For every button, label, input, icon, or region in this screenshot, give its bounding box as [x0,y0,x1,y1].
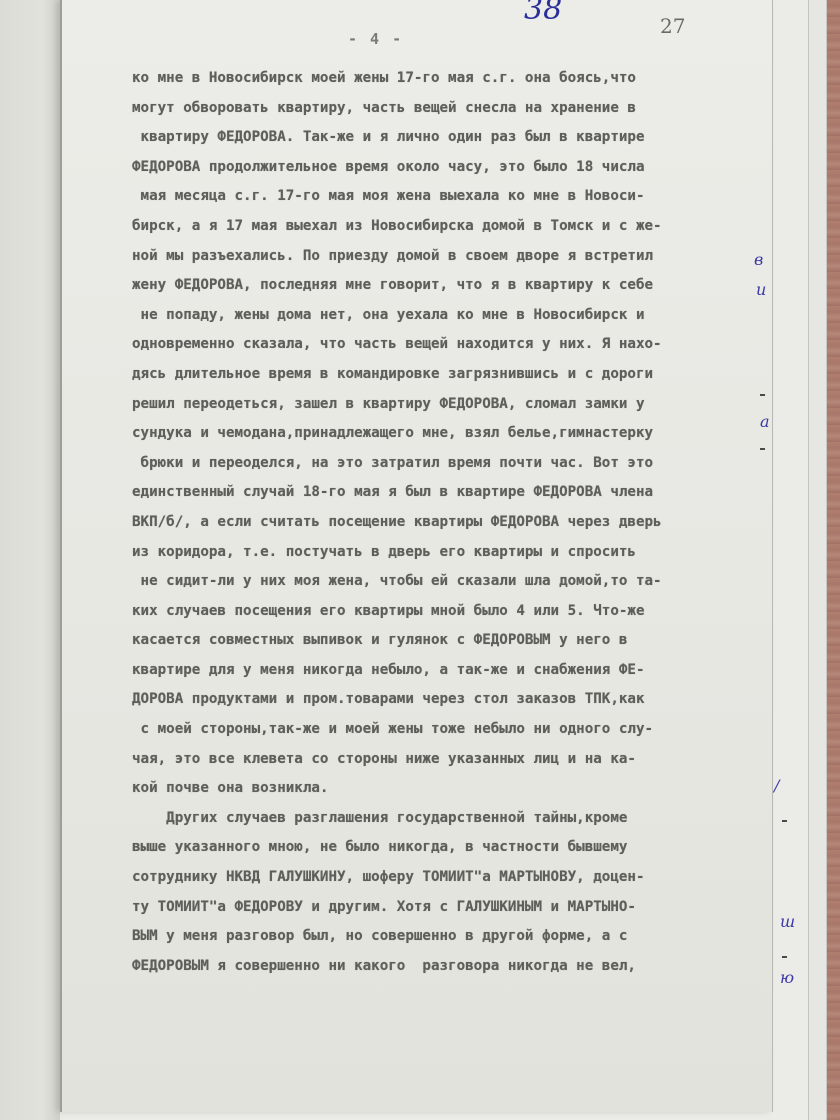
margin-tick-mark [782,820,787,822]
text-line: ВЫМ у меня разговор был, но совершенно в… [132,922,792,952]
margin-tick-mark [760,448,765,450]
text-line: выше указанного мною, не было никогда, в… [132,833,792,863]
text-line: ких случаев посещения его квартиры мной … [132,597,792,627]
text-line: бирск, а я 17 мая выехал из Новосибирска… [132,212,792,242]
margin-annotation: ш [780,912,795,931]
margin-tick-mark [760,394,765,396]
margin-annotation: / [774,776,779,795]
text-line: из коридора, т.е. постучать в дверь его … [132,538,792,568]
text-line: кой почве она возникла. [132,774,792,804]
margin-annotation: в [754,250,763,269]
text-line: не попаду, жены дома нет, она уехала ко … [132,301,792,331]
text-line: сундука и чемодана,принадлежащего мне, в… [132,419,792,449]
text-line: единственный случай 18-го мая я был в кв… [132,478,792,508]
text-line: дясь длительное время в командировке заг… [132,360,792,390]
text-line: брюки и переоделся, на это затратил врем… [132,449,792,479]
text-line: решил переодеться, зашел в квартиру ФЕДО… [132,390,792,420]
text-line: с моей стороны,так-же и моей жены тоже н… [132,715,792,745]
text-line: ВКП/б/, а если считать посещение квартир… [132,508,792,538]
text-line: чая, это все клевета со стороны ниже ука… [132,745,792,775]
typewritten-body: ко мне в Новосибирск моей жены 17-го мая… [132,64,792,981]
margin-tick-mark [782,956,787,958]
stamped-folio-number: 27 [660,14,685,38]
text-line: ФЕДОРОВА продолжительное время около час… [132,153,792,183]
text-line: не сидит-ли у них моя жена, чтобы ей ска… [132,567,792,597]
margin-annotation: ю [780,968,794,987]
text-line: Других случаев разглашения государственн… [132,804,792,834]
text-line: одновременно сказала, что часть вещей на… [132,330,792,360]
text-line: квартиру ФЕДОРОВА. Так-же и я лично один… [132,123,792,153]
text-line: ФЕДОРОВЫМ я совершенно ни какого разгово… [132,952,792,982]
page-number: - 4 - [348,30,403,48]
text-line: ко мне в Новосибирск моей жены 17-го мая… [132,64,792,94]
text-line: ДОРОВА продуктами и пром.товарами через … [132,685,792,715]
margin-annotation: а [760,412,770,431]
text-line: сотруднику НКВД ГАЛУШКИНУ, шоферу ТОМИИТ… [132,863,792,893]
text-line: ту ТОМИИТ"а ФЕДОРОВУ и другим. Хотя с ГА… [132,893,792,923]
text-line: мая месяца с.г. 17-го мая моя жена выеха… [132,182,792,212]
text-line: ной мы разъехались. По приезду домой в с… [132,242,792,272]
text-line: жену ФЕДОРОВА, последняя мне говорит, чт… [132,271,792,301]
text-line: касается совместных выпивок и гулянок с … [132,626,792,656]
handwritten-folio-number: 38 [524,0,562,27]
margin-annotation: и [756,280,766,299]
document-page: 38 27 - 4 - ко мне в Новосибирск моей же… [60,0,773,1112]
text-line: могут обворовать квартиру, часть вещей с… [132,94,792,124]
text-line: квартире для у меня никогда небыло, а та… [132,656,792,686]
left-facing-page [0,0,60,1120]
